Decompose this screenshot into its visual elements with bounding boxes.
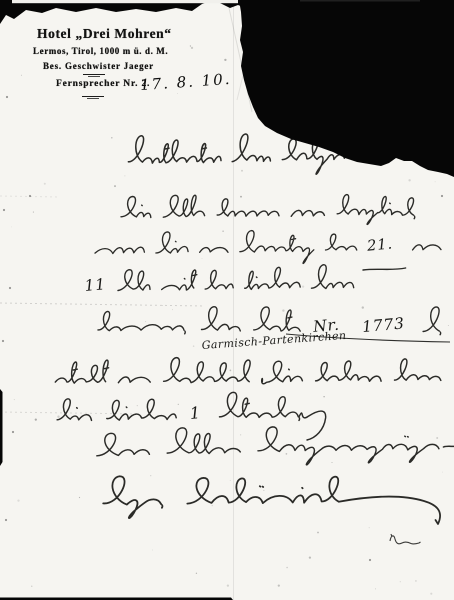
letterhead-divider-1b <box>88 76 100 77</box>
svg-text:21.: 21. <box>365 236 393 255</box>
svg-text:1: 1 <box>189 403 202 423</box>
letter-scan: 21.11Nr.1773Garmisch-Partenkirchen1 <box>0 0 454 600</box>
letterhead-hotel-name: Hotel „Drei Mohren“ <box>37 26 172 42</box>
letterhead-divider-2b <box>87 98 99 99</box>
scanned-letter-page: 21.11Nr.1773Garmisch-Partenkirchen1 Hote… <box>0 0 454 600</box>
letterhead-location: Lermos, Tirol, 1000 m ü. d. M. <box>33 46 168 56</box>
letterhead-proprietor: Bes. Geschwister Jaeger <box>43 61 154 71</box>
letterhead-divider-2 <box>82 96 104 97</box>
svg-text:1773: 1773 <box>361 314 405 336</box>
letterhead-divider-1 <box>83 74 105 75</box>
svg-text:11: 11 <box>84 275 107 295</box>
letterhead-telephone: Fernsprecher Nr. 2. <box>56 79 150 89</box>
scan-edge-sliver <box>12 0 238 3</box>
scan-noise-top <box>300 0 420 2</box>
